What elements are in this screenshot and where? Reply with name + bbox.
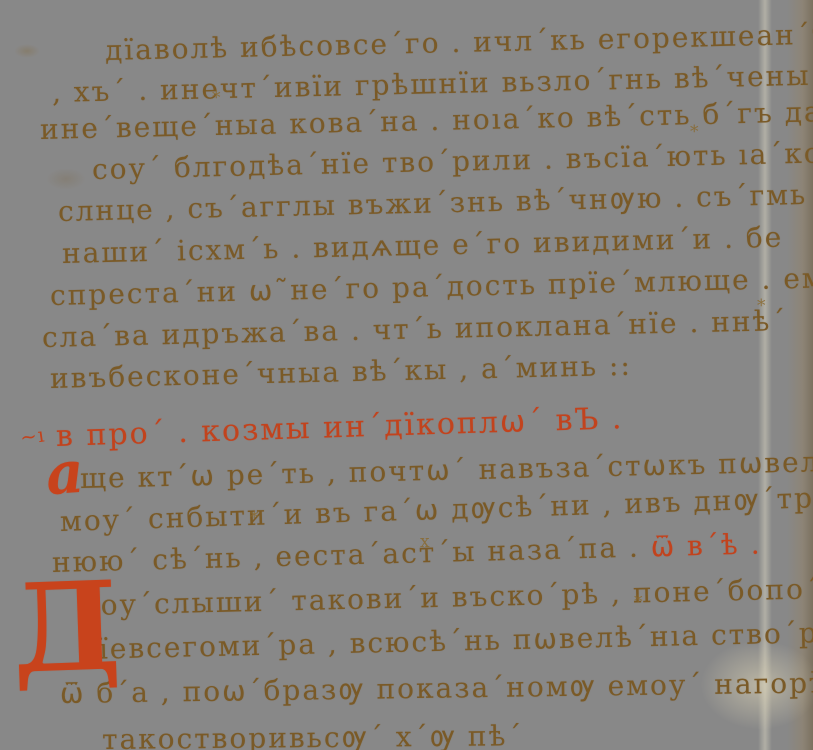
line-text: аоу´слыши´ такови´и въско´рѣ , поне´бопо… bbox=[82, 572, 813, 622]
rubric-heading-line: в про´ . козмы ин´дїкоплѡ´ вЪ . bbox=[55, 401, 623, 454]
interlinear-star-mark: * bbox=[250, 508, 259, 528]
line-text: дїаволѣ ибѣсовсе´го . ичл´кь егорекшеан´… bbox=[105, 17, 813, 67]
manuscript-line: дїаволѣ ибѣсовсе´го . ичл´кь егорекшеан´… bbox=[105, 17, 813, 67]
manuscript-line: спреста´ни ѡ˜не´го ра´дость прїе´млюще .… bbox=[50, 260, 813, 312]
line-text: ѿ б´а , поѡ´бразѹ показа´номѹ емоу´ наго… bbox=[60, 666, 813, 710]
manuscript-line: наши´ ісхм´ь . видѧще е´го ивидими´и . б… bbox=[62, 221, 784, 270]
line-text: нюю´ сѣ´нь , ееста´аст´ы наза´па . bbox=[52, 531, 641, 579]
line-rubric-suffix: ѿ в´ѣ . bbox=[639, 527, 762, 563]
manuscript-line: ивъбесконе´чныа вѣ´кы , а´минь :: bbox=[50, 349, 633, 395]
line-text: наши´ ісхм´ь . видѧще е´го ивидими´и . б… bbox=[62, 221, 784, 270]
manuscript-line: сла´ва идръжа´ва . чт´ь ипоклана´нїе . н… bbox=[42, 304, 788, 354]
manuscript-page: дїаволѣ ибѣсовсе´го . ичл´кь егорекшеан´… bbox=[0, 0, 813, 750]
line-text: спреста´ни ѡ˜не´го ра´дость прїе´млюще .… bbox=[50, 260, 813, 312]
manuscript-line: слнце , съ´агглы въжи´знь вѣ´чнѹю . съ´г… bbox=[58, 178, 808, 228]
interlinear-star-mark: * bbox=[634, 592, 643, 612]
margin-paragraph-mark: ~ı bbox=[18, 422, 46, 449]
line-text: в про´ . козмы ин´дїкоплѡ´ вЪ . bbox=[55, 401, 623, 454]
line-text: слнце , съ´агглы въжи´знь вѣ´чнѹю . съ´г… bbox=[58, 178, 808, 228]
interlinear-star-mark: * bbox=[212, 88, 221, 108]
text-block: дїаволѣ ибѣсовсе´го . ичл´кь егорекшеан´… bbox=[0, 0, 813, 750]
interlinear-star-mark: * bbox=[690, 122, 699, 142]
manuscript-line: ѿ б´а , поѡ´бразѹ показа´номѹ емоу´ наго… bbox=[60, 666, 813, 710]
interlinear-star-mark: * bbox=[757, 296, 766, 316]
initial-letter-dobro: Д bbox=[10, 564, 123, 690]
manuscript-line: нюю´ сѣ´нь , ееста´аст´ы наза´па . ѿ в´ѣ… bbox=[52, 527, 762, 579]
initial-letter-az: а bbox=[44, 443, 86, 503]
manuscript-line: бїевсегоми´ра , всюсѣ´нь пѡвелѣ´нıа ство… bbox=[80, 616, 813, 666]
line-text: такостворивьсѹ´ х´ѹ пѣ´ bbox=[102, 719, 524, 750]
manuscript-line: аоу´слыши´ такови´и въско´рѣ , поне´бопо… bbox=[82, 572, 813, 622]
line-text: сла´ва идръжа´ва . чт´ь ипоклана´нїе . н… bbox=[42, 304, 788, 354]
line-text: ивъбесконе´чныа вѣ´кы , а´минь :: bbox=[50, 349, 633, 395]
manuscript-line: такостворивьсѹ´ х´ѹ пѣ´ bbox=[102, 719, 524, 750]
interlinear-x-mark: x bbox=[420, 532, 430, 552]
manuscript-line: соу´ блгодѣа´нїе тво´рили . въсїа´ють ıа… bbox=[92, 136, 813, 186]
line-text: соу´ блгодѣа´нїе тво´рили . въсїа´ють ıа… bbox=[92, 136, 813, 186]
line-text: бїевсегоми´ра , всюсѣ´нь пѡвелѣ´нıа ство… bbox=[80, 616, 813, 666]
